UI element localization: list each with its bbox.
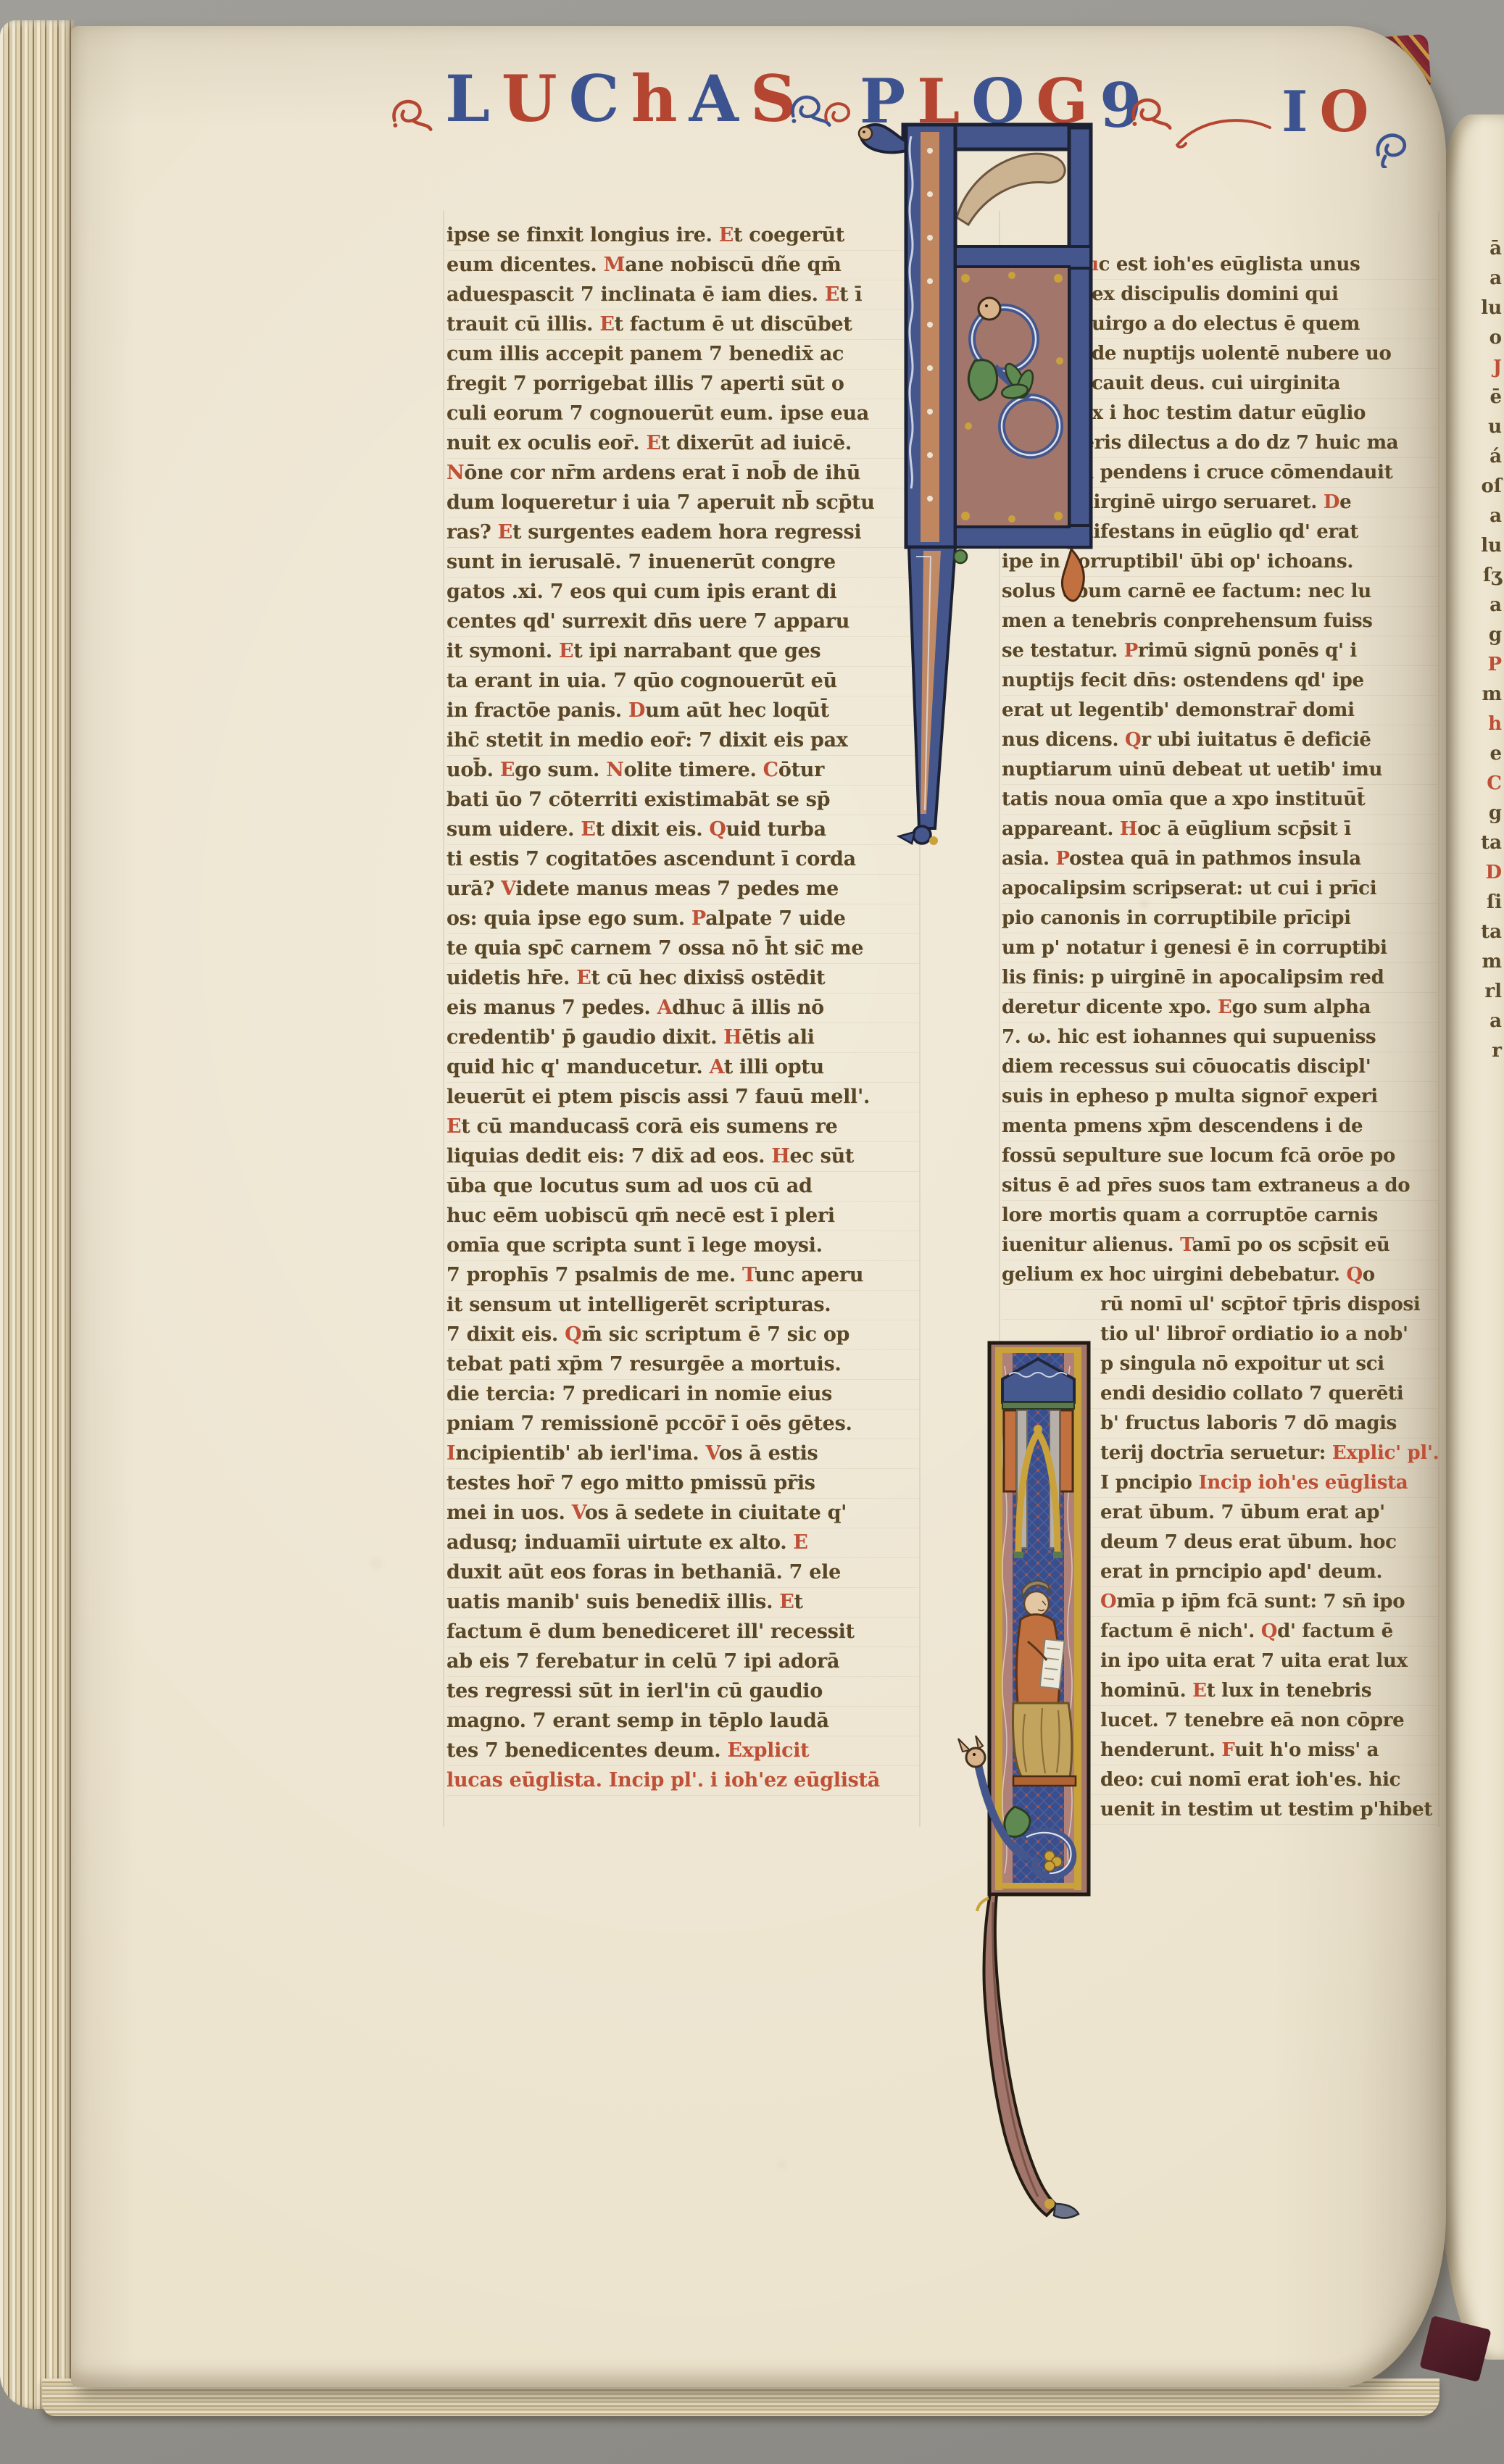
text-segment: credentib' p̄ gaudio dixit.	[446, 1026, 723, 1049]
clipped-letter-fragment: lu	[1481, 536, 1502, 555]
text-segment: omīa que scripta sunt ī lege moysi.	[446, 1234, 823, 1257]
clipped-letter-fragment: ē	[1490, 388, 1502, 407]
text-segment: magno. 7 erant semp in tēplo laudā	[446, 1710, 829, 1732]
flourish-icon	[1373, 128, 1418, 168]
text-segment: lucas eūglista. Incip pl'. i ioh'ez eūgl…	[446, 1769, 880, 1791]
text-segment: deretur dicente xpo.	[1002, 996, 1218, 1018]
bud-icon	[954, 550, 967, 563]
text-segment: go sum alpha	[1231, 996, 1371, 1018]
flourish-icon	[1128, 94, 1173, 130]
text-line: diem recessus sui cōuocatis discipl'	[1002, 1052, 1438, 1082]
text-line: gelium ex hoc uirgini debebatur. Qo	[1002, 1260, 1438, 1290]
text-segment: henderunt.	[1100, 1739, 1221, 1761]
clipped-letter-fragment: C	[1487, 774, 1502, 793]
dragon-head-icon	[859, 127, 872, 140]
text-segment: olite timere.	[624, 759, 763, 781]
text-segment: deo: cui nomī erat ioh'es. hic	[1100, 1769, 1400, 1791]
text-segment: I	[446, 1442, 455, 1465]
clipped-letter-fragment: a	[1490, 596, 1502, 615]
text-line: um p' notatur i genesi ē in corruptibi	[1002, 933, 1438, 963]
evangelist-panel	[928, 1337, 1094, 2228]
text-segment: fregit 7 porrigebat illis 7 aperti sūt o	[446, 372, 844, 395]
column-rule	[1438, 211, 1439, 1827]
text-segment: amī po os scp̄sit eū	[1192, 1234, 1390, 1256]
text-line: ūba que locutus sum ad uos cū ad	[446, 1172, 919, 1202]
text-line: magno. 7 erant semp in tēplo laudā	[446, 1707, 919, 1736]
text-segment: rū nomī ul' scp̄tor̄ tp̄ris disposi	[1100, 1294, 1420, 1315]
header-word-lucas: LUChAS	[439, 67, 802, 130]
text-line: rū nomī ul' scp̄tor̄ tp̄ris disposi	[1002, 1290, 1438, 1320]
text-segment: testes hor̄ 7 ego mitto pmissū pr̄is	[446, 1472, 815, 1494]
leaf-tip-icon	[1054, 2204, 1079, 2218]
text-segment: sum uidere.	[446, 818, 581, 841]
clipped-letter-fragment: J	[1493, 358, 1502, 377]
text-segment: H	[771, 1145, 789, 1168]
clipped-letter-fragment: ſʒ	[1483, 566, 1502, 585]
text-segment: E	[1218, 996, 1232, 1018]
text-segment: pio canonis in corruptibile prīcipi	[1002, 907, 1351, 929]
text-segment: lore mortis quam a corruptōe carnis	[1002, 1204, 1378, 1226]
text-segment: E	[719, 224, 734, 246]
text-segment: centes qd' surrexit dn̄s uere 7 apparu	[446, 610, 849, 633]
cornice	[1002, 1402, 1074, 1409]
text-segment: ipse se finxit longius ire.	[446, 224, 719, 246]
text-segment: sunt in ierusalē. 7 inuenerūt congre	[446, 551, 836, 573]
text-line: lucas eūglista. Incip pl'. i ioh'ez eūgl…	[446, 1766, 919, 1796]
text-segment: d' factum ē	[1277, 1620, 1393, 1642]
text-segment: um p' notatur i genesi ē in corruptibi	[1002, 937, 1387, 959]
clipped-letter-fragment: ſi	[1487, 893, 1502, 912]
text-segment: N	[606, 759, 623, 781]
folio-number: IO	[1276, 84, 1374, 141]
text-segment: A	[710, 1056, 724, 1078]
text-segment: endi desidio collato 7 querēti	[1100, 1383, 1403, 1404]
text-segment: H	[723, 1026, 741, 1049]
text-segment: it symoni.	[446, 640, 559, 662]
text-segment: factum ē dum benediceret ill' recessit	[446, 1620, 855, 1643]
text-segment: tio ul' libror̄ ordiatio io a nob'	[1100, 1323, 1408, 1345]
text-segment: E	[498, 521, 512, 544]
text-line: os: quia ipse ego sum. Palpate 7 uide	[446, 904, 919, 934]
text-segment: Q	[1346, 1264, 1362, 1286]
text-segment: E	[793, 1531, 807, 1554]
text-segment: P	[691, 907, 705, 930]
text-segment: 7 prophīs 7 psalmis de me.	[446, 1264, 742, 1286]
text-segment: Explicit	[728, 1739, 810, 1762]
clipped-letter-fragment: ta	[1481, 923, 1502, 941]
header-letter: L	[445, 67, 490, 130]
text-line: pio canonis in corruptibile prīcipi	[1002, 904, 1438, 933]
text-line: it sensum ut intelligerēt scripturas.	[446, 1291, 919, 1320]
text-segment: os ā estis	[719, 1442, 818, 1465]
illuminated-initial-h	[841, 122, 1102, 854]
text-segment: liquias dedit eis: 7 dix̄ ad eos.	[446, 1145, 771, 1168]
flourish-icon	[1176, 112, 1274, 151]
text-line: die tercia: 7 predicari in nomīe eius	[446, 1380, 919, 1410]
text-segment: E	[779, 1591, 794, 1613]
clipped-letter-fragment: m	[1482, 685, 1502, 704]
text-segment: suis in epheso p multa signor̄ experi	[1002, 1086, 1378, 1107]
text-segment: N	[446, 462, 464, 484]
text-segment: go sum.	[515, 759, 606, 781]
clipped-letter-fragment: a	[1490, 1012, 1502, 1031]
text-segment: H	[1120, 818, 1137, 840]
header-letter: O	[1320, 84, 1369, 141]
scroll-icon	[1040, 1639, 1065, 1689]
fore-edge-pages	[0, 20, 74, 2409]
clipped-letter-fragment: u	[1488, 417, 1502, 436]
text-segment: F	[1221, 1739, 1234, 1761]
text-segment: uid turba	[726, 818, 826, 841]
text-segment: uit h'o miss' a	[1234, 1739, 1379, 1761]
text-segment: t lux in tenebris	[1207, 1680, 1372, 1702]
text-line: mei in uos. Vos ā sedete in ciuitate q'	[446, 1499, 919, 1528]
text-line: urā? Videte manus meas 7 pedes me	[446, 875, 919, 904]
text-segment: Q	[1125, 729, 1141, 751]
creature-head-icon	[979, 298, 1000, 320]
text-segment: mei in uos.	[446, 1502, 572, 1524]
text-segment: D	[628, 699, 645, 722]
text-line: adusq; induamīi uirtute ex alto. E	[446, 1528, 919, 1558]
header-letter: A	[689, 67, 739, 130]
pendant-icon	[1062, 549, 1084, 601]
text-segment: b' fructus laboris 7 dō magis	[1100, 1412, 1397, 1434]
text-segment: gatos .xi. 7 eos qui cum ipis erant di	[446, 580, 836, 603]
text-segment: E	[559, 640, 573, 662]
text-segment: ras?	[446, 521, 498, 544]
text-segment: menta pmens xp̄m descendens i de	[1002, 1115, 1363, 1137]
text-segment: ihc̄ stetit in medio eor̄: 7 dixit eis p…	[446, 729, 848, 752]
text-segment: t dixerūt ad iuicē.	[661, 432, 852, 454]
clipped-letter-fragment: P	[1487, 655, 1502, 674]
text-segment: I pncipio	[1100, 1472, 1198, 1494]
text-segment: fossū sepulture sue locum fcā orōe po	[1002, 1145, 1395, 1167]
text-segment: 7. ω. hic est iohannes qui supueniss	[1002, 1026, 1376, 1048]
flourish-icon	[389, 96, 433, 132]
clipped-letter-fragment: ta	[1481, 833, 1502, 852]
text-segment: oc ā eūglium scp̄sit ī	[1137, 818, 1351, 840]
text-segment: ane nobiscū dñe qm̄	[625, 254, 841, 276]
text-line: quid hic q' manducetur. At illi optu	[446, 1053, 919, 1083]
text-segment: c est ioh'es eūglista unus	[1099, 254, 1360, 275]
text-segment: uatis manib' suis benedix̄ illis.	[446, 1591, 779, 1613]
text-segment: eis manus 7 pedes.	[446, 996, 657, 1019]
text-segment: t illi optu	[724, 1056, 824, 1078]
text-segment: leuerūt ei ptem piscis assi 7 fauū mell'…	[446, 1086, 870, 1108]
text-segment: O	[1100, 1591, 1116, 1612]
text-segment: aduespascit 7 inclinata ē iam dies.	[446, 283, 825, 306]
text-segment: in fractōe panis.	[446, 699, 628, 722]
text-segment: E	[599, 313, 614, 336]
text-segment: A	[657, 996, 673, 1019]
clipped-letter-fragment: rl	[1484, 982, 1502, 1001]
text-segment: pniam 7 remissionē pccōr̄ ī oēs gētes.	[446, 1412, 852, 1435]
text-line: tebat pati xp̄m 7 resurgēe a mortuis.	[446, 1350, 919, 1380]
text-segment: duxit aūt eos foras in bethaniā. 7 ele	[446, 1561, 841, 1583]
text-segment: um aūt hec loqūt̄	[645, 699, 829, 722]
text-segment: ex discipulis domini qui	[1092, 283, 1339, 305]
text-segment: t surgentes eadem hora regressi	[512, 521, 861, 544]
text-segment: uirgo a do electus ē quem	[1092, 313, 1360, 335]
text-line: iuenitur alienus. Tamī po os scp̄sit eū	[1002, 1231, 1438, 1260]
text-segment: dhuc ā illis nō	[672, 996, 824, 1019]
text-segment: 7 dixit eis.	[446, 1323, 565, 1346]
text-segment: Q	[1261, 1620, 1277, 1642]
text-segment: gelium ex hoc uirgini debebatur.	[1002, 1264, 1346, 1286]
text-line: eis manus 7 pedes. Adhuc ā illis nō	[446, 994, 919, 1023]
text-line: 7 prophīs 7 psalmis de me. Tunc aperu	[446, 1261, 919, 1291]
initial-right-leg	[1069, 128, 1091, 547]
column-rule	[443, 211, 444, 1827]
text-segment: E	[576, 967, 591, 989]
text-segment: uidetis hr̄e.	[446, 967, 576, 989]
dragon-head-icon	[913, 826, 931, 844]
text-segment: factum ē nich'.	[1100, 1620, 1261, 1642]
clipped-letter-fragment: á	[1490, 447, 1502, 466]
text-segment: V	[572, 1502, 585, 1524]
text-segment: huc eēm uobiscū qm̄ necē est ī pleri	[446, 1204, 835, 1227]
text-segment: t	[794, 1591, 803, 1613]
text-segment: lis finis: p uirginē in apocalipsim red	[1002, 967, 1384, 988]
text-segment: E	[1192, 1680, 1207, 1702]
text-segment: ostea quā in pathmos insula	[1069, 848, 1361, 870]
text-segment: erat ūbum. 7 ūbum erat ap'	[1100, 1502, 1385, 1523]
panel-tail	[977, 1894, 1079, 2218]
text-line: te quia spc̄ carnem 7 ossa nō h̄t sic̄ m…	[446, 934, 919, 964]
text-segment: nuit ex oculis eor̄.	[446, 432, 646, 454]
text-line: lis finis: p uirginē in apocalipsim red	[1002, 963, 1438, 993]
text-line: pniam 7 remissionē pccōr̄ ī oēs gētes.	[446, 1410, 919, 1439]
text-segment: culi eorum 7 cognouerūt eum. ipse eua	[446, 402, 869, 425]
header-letter: C	[569, 67, 620, 130]
text-segment: rimū signū ponēs q' i	[1138, 640, 1357, 662]
clipped-letter-fragment: h	[1488, 715, 1502, 733]
text-line: Et cū manducass̄ corā eis sumens re	[446, 1112, 919, 1142]
text-segment: Q	[709, 818, 726, 841]
text-line: lore mortis quam a corruptōe carnis	[1002, 1201, 1438, 1231]
text-line: deretur dicente xpo. Ego sum alpha	[1002, 993, 1438, 1023]
wing-icon	[957, 154, 1065, 225]
text-segment: te quia spc̄ carnem 7 ossa nō h̄t sic̄ m…	[446, 937, 863, 960]
clipped-letter-fragment: lu	[1481, 299, 1502, 317]
text-segment: t cū hec dixiss̄ ostēdit	[591, 967, 826, 989]
tower-icon	[1060, 1410, 1073, 1491]
tower-icon	[1004, 1410, 1017, 1491]
header-letter: U	[502, 67, 557, 130]
text-segment: t factum ē ut discūbet	[615, 313, 852, 336]
text-segment: de nuptijs uolentē nubere uo	[1092, 343, 1392, 365]
text-line: duxit aūt eos foras in bethaniā. 7 ele	[446, 1558, 919, 1588]
photo-background: { "palette":{ "background_gray":"#989690…	[0, 0, 1504, 2464]
text-segment: M	[604, 254, 626, 276]
text-segment: diem recessus sui cōuocatis discipl'	[1002, 1056, 1371, 1078]
text-segment: uob̄.	[446, 759, 500, 781]
text-segment: deum 7 deus erat ūbum. hoc	[1100, 1531, 1397, 1553]
text-segment: m̄ sic scriptum ē 7 sic op	[581, 1323, 849, 1346]
text-segment: os ā sedete in ciuitate q'	[585, 1502, 847, 1524]
text-segment: ūba que locutus sum ad uos cū ad	[446, 1175, 813, 1197]
text-segment: C	[763, 759, 778, 781]
text-segment: T	[1180, 1234, 1192, 1256]
text-segment: r ubi iuitatus ē deficiē	[1141, 729, 1371, 751]
text-segment: apocalipsim scripserat: ut cui i prīci	[1002, 878, 1376, 899]
text-segment: tes 7 benedicentes deum.	[446, 1739, 728, 1762]
text-line: apocalipsim scripserat: ut cui i prīci	[1002, 874, 1438, 904]
text-segment: T	[742, 1264, 755, 1286]
text-segment: unc aperu	[755, 1264, 863, 1286]
text-segment: ab eis 7 ferebatur in celū 7 ipi adorā	[446, 1650, 839, 1673]
text-line: uidetis hr̄e. Et cū hec dixiss̄ ostēdit	[446, 964, 919, 994]
text-segment: idete manus meas 7 pedes me	[515, 878, 839, 900]
text-segment: erat in prncipio apd' deum.	[1100, 1561, 1382, 1583]
text-segment: alpate 7 uide	[705, 907, 845, 930]
text-line: menta pmens xp̄m descendens i de	[1002, 1112, 1438, 1141]
text-segment: E	[581, 818, 595, 841]
text-line: huc eēm uobiscū qm̄ necē est ī pleri	[446, 1202, 919, 1231]
text-segment: e	[1339, 491, 1351, 513]
facing-page-sliver: āaluoJēuáoſaluſʒagPmheCgtaDſitamrlar	[1438, 115, 1504, 2360]
text-segment: o	[1363, 1264, 1375, 1286]
text-line: credentib' p̄ gaudio dixit. Hētis ali	[446, 1023, 919, 1053]
text-segment: t coegerūt	[734, 224, 844, 246]
text-segment: Explic' pl'.	[1332, 1442, 1439, 1464]
text-line: factum ē dum benediceret ill' recessit	[446, 1618, 919, 1647]
clipped-letter-fragment: g	[1489, 625, 1502, 644]
manuscript-page: LUChAS PLOG9 IO ipse se finxit longius i…	[71, 26, 1446, 2387]
text-segment: cauit deus. cui uirginita	[1092, 372, 1340, 394]
text-segment: die tercia: 7 predicari in nomīe eius	[446, 1383, 832, 1405]
header-letter: I	[1281, 84, 1308, 141]
text-segment: D	[1324, 491, 1339, 513]
parchment-stains	[71, 26, 72, 28]
text-segment: adusq; induamīi uirtute ex alto.	[446, 1531, 793, 1554]
text-segment: t cū manducass̄ corā eis sumens re	[461, 1115, 837, 1138]
clipped-letter-fragment: r	[1492, 1041, 1502, 1060]
text-segment: lucet. 7 tenebre eā non cōpre	[1100, 1710, 1404, 1731]
text-segment: ētis ali	[742, 1026, 815, 1049]
text-segment: ec sūt	[790, 1145, 855, 1168]
text-segment: ōtur	[778, 759, 824, 781]
clipped-letter-fragment: g	[1489, 804, 1502, 823]
text-segment: P	[1124, 640, 1138, 662]
text-line: testes hor̄ 7 ego mitto pmissū pr̄is	[446, 1469, 919, 1499]
text-line: 7. ω. hic est iohannes qui supueniss	[1002, 1023, 1438, 1052]
text-line: tes regressi sūt in ierl'in cū gaudio	[446, 1677, 919, 1707]
text-segment: trauit cū illis.	[446, 313, 599, 336]
clipped-letter-fragment: oſ	[1481, 477, 1502, 496]
text-segment: ōne cor nr̄m ardens erat ī nob̄ de ihū	[464, 462, 860, 484]
text-segment: V	[501, 878, 515, 900]
text-segment: urā?	[446, 878, 501, 900]
text-segment: cum illis accepit panem 7 benedix̄ ac	[446, 343, 844, 365]
text-segment: in ipo uita erat 7 uita erat lux	[1100, 1650, 1408, 1672]
text-segment: t ipi narrabant que ges	[573, 640, 820, 662]
text-segment: tebat pati xp̄m 7 resurgēe a mortuis.	[446, 1353, 841, 1375]
text-segment: E	[446, 1115, 461, 1138]
text-segment: mīa p ip̄m fcā sunt: 7 sn̄ ipo	[1116, 1591, 1405, 1612]
clipped-letter-fragment: a	[1490, 269, 1502, 288]
clipped-letter-fragment: e	[1490, 744, 1502, 763]
text-line: Incipientib' ab ierl'ima. Vos ā estis	[446, 1439, 919, 1469]
text-segment: situs ē ad pr̄es suos tam extraneus a do	[1002, 1175, 1410, 1196]
text-segment: tes regressi sūt in ierl'in cū gaudio	[446, 1680, 823, 1702]
text-segment: terij doctrīa seruetur:	[1100, 1442, 1332, 1464]
clipped-letter-fragment: m	[1482, 952, 1502, 971]
text-line: omīa que scripta sunt ī lege moysi.	[446, 1231, 919, 1261]
clipped-letter-fragment: a	[1490, 507, 1502, 525]
clipped-letter-fragment: o	[1490, 328, 1502, 347]
text-segment: Incip ioh'es eūglista	[1198, 1472, 1408, 1494]
text-segment: eum dicentes.	[446, 254, 604, 276]
text-line: uatis manib' suis benedix̄ illis. Et	[446, 1588, 919, 1618]
text-segment: iuenitur alienus.	[1002, 1234, 1180, 1256]
text-segment: quid hic q' manducetur.	[446, 1056, 710, 1078]
text-line: situs ē ad pr̄es suos tam extraneus a do	[1002, 1171, 1438, 1201]
text-segment: E	[825, 283, 839, 306]
text-line: suis in epheso p multa signor̄ experi	[1002, 1082, 1438, 1112]
text-segment: hominū.	[1100, 1680, 1192, 1702]
text-line: tes 7 benedicentes deum. Explicit	[446, 1736, 919, 1766]
bench	[1013, 1776, 1076, 1786]
text-line: ab eis 7 ferebatur in celū 7 ipi adorā	[446, 1647, 919, 1677]
header-letter: h	[631, 67, 678, 130]
clipped-letter-fragment: D	[1485, 863, 1502, 882]
text-line: leuerūt ei ptem piscis assi 7 fauū mell'…	[446, 1083, 919, 1112]
text-segment: os: quia ipse ego sum.	[446, 907, 691, 930]
text-segment: ti estis 7 cogitatōes ascendunt ī corda	[446, 848, 856, 870]
text-line: liquias dedit eis: 7 dix̄ ad eos. Hec sū…	[446, 1142, 919, 1172]
text-segment: bati ūo 7 cōterriti existimabāt se sp̄	[446, 788, 830, 811]
text-segment: ta erant in uia. 7 qūo cognouerūt eū	[446, 670, 837, 692]
text-segment: E	[646, 432, 660, 454]
text-segment: t dixit eis.	[596, 818, 710, 841]
text-segment: Q	[565, 1323, 581, 1346]
text-line: 7 dixit eis. Qm̄ sic scriptum ē 7 sic op	[446, 1320, 919, 1350]
clipped-letter-fragment: ā	[1490, 239, 1502, 258]
text-segment: E	[500, 759, 515, 781]
text-segment: uenit in testim ut testim p'hibet	[1100, 1799, 1432, 1820]
text-segment: it sensum ut intelligerēt scripturas.	[446, 1294, 831, 1316]
text-segment: V	[705, 1442, 718, 1465]
text-segment: dum loqueretur i uia 7 aperuit nb̄ scp̄t…	[446, 491, 875, 514]
text-line: fossū sepulture sue locum fcā orōe po	[1002, 1141, 1438, 1171]
text-segment: p singula nō expoitur ut sci	[1100, 1353, 1384, 1375]
text-segment: ncipientib' ab ierl'ima.	[455, 1442, 705, 1465]
leaf-icon	[968, 360, 997, 400]
